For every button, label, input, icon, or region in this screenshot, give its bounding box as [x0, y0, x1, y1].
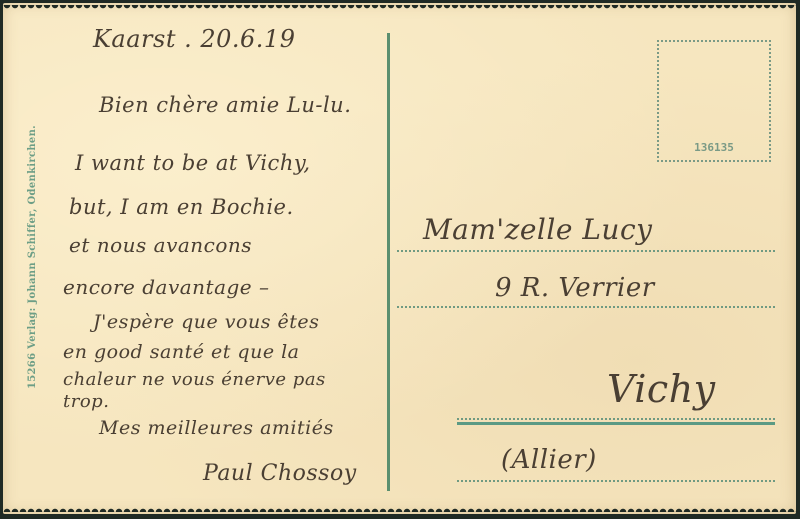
address-line-3	[457, 418, 775, 420]
address-line-4	[457, 480, 775, 482]
stamp-box: 136135	[657, 40, 771, 162]
deckled-edge-bottom	[3, 506, 800, 512]
publisher-imprint: 15266 Verlag: Johann Schiffer, Odenkirch…	[27, 112, 41, 402]
center-divider	[387, 33, 390, 491]
closing: Mes meilleures amitiés	[99, 417, 334, 439]
address-line-1	[397, 250, 775, 252]
address-line-2	[397, 306, 775, 308]
address-department: (Allier)	[501, 445, 597, 475]
deckled-edge-top	[3, 5, 800, 11]
message-line: trop.	[63, 391, 109, 412]
address-line-3-rule	[457, 422, 775, 425]
message-line: en good santé et que la	[63, 341, 300, 363]
stamp-box-number: 136135	[659, 141, 769, 154]
signature: Paul Chossoy	[203, 461, 357, 486]
address-street: 9 R. Verrier	[495, 273, 655, 303]
postcard: 15266 Verlag: Johann Schiffer, Odenkirch…	[3, 3, 796, 514]
place-date: Kaarst . 20.6.19	[93, 25, 295, 53]
message-line: encore davantage –	[63, 275, 270, 299]
message-line: et nous avancons	[69, 233, 252, 257]
message-line: J'espère que vous êtes	[93, 311, 319, 333]
address-city: Vichy	[607, 367, 716, 411]
message-line: I want to be at Vichy,	[75, 151, 311, 175]
message-line: chaleur ne vous énerve pas	[63, 369, 326, 390]
salutation: Bien chère amie Lu-lu.	[99, 93, 351, 117]
address-recipient: Mam'zelle Lucy	[423, 213, 652, 246]
message-line: but, I am en Bochie.	[69, 195, 294, 219]
